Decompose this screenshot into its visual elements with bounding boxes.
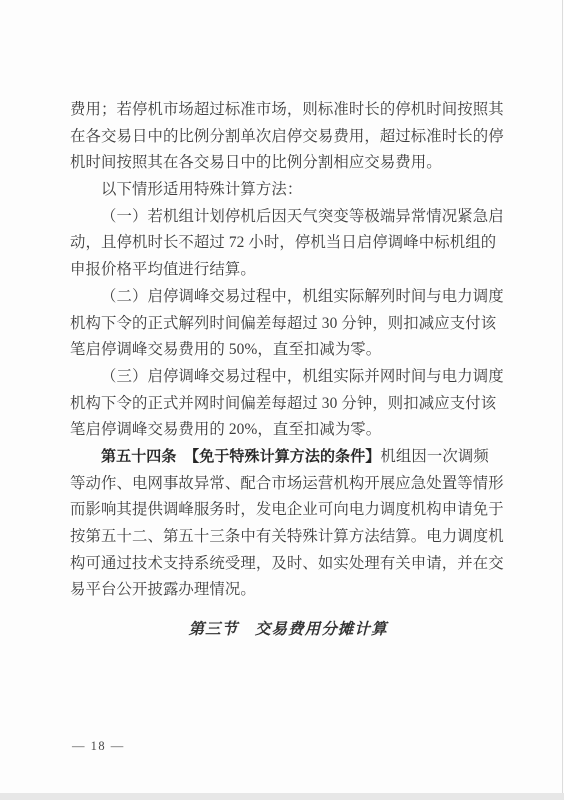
document-line: 易平台公开披露办理情况。: [70, 577, 506, 604]
document-lines: 费用；若停机市场超过标准市场，则标准时长的停机时间按照其在各交易日中的比例分割单…: [70, 97, 506, 604]
document-page: 费用；若停机市场超过标准市场，则标准时长的停机时间按照其在各交易日中的比例分割单…: [0, 0, 564, 800]
document-line: （一）若机组计划停机后因天气突变等极端异常情况紧急启: [70, 204, 506, 231]
document-line: 机时间按照其在各交易日中的比例分割相应交易费用。: [70, 150, 506, 177]
article-title-bold: 第五十四条 【免于特殊计算方法的条件】: [101, 448, 380, 465]
scan-edge-right: [562, 0, 563, 800]
document-line: （三）启停调峰交易过程中，机组实际并网时间与电力调度: [70, 364, 506, 391]
page-number-label: — 18 —: [72, 739, 125, 753]
scan-edge-bottom: [0, 793, 564, 800]
document-line: 动，且停机时长不超过 72 小时，停机当日启停调峰中标机组的: [70, 230, 506, 257]
document-line: 等动作、电网事故异常、配合市场运营机构开展应急处置等情形: [70, 471, 506, 498]
document-line: 构可通过技术支持系统受理，及时、如实处理有关申请，并在交: [70, 551, 506, 578]
document-text: 费用；若停机市场超过标准市场，则标准时长的停机时间按照其在各交易日中的比例分割单…: [70, 97, 506, 644]
document-line: 申报价格平均值进行结算。: [70, 257, 506, 284]
document-line: （二）启停调峰交易过程中，机组实际解列时间与电力调度: [70, 284, 506, 311]
document-line: 而影响其提供调峰服务时，发电企业可向电力调度机构申请免于: [70, 497, 506, 524]
document-line: 费用；若停机市场超过标准市场，则标准时长的停机时间按照其: [70, 97, 506, 124]
document-line: 机构下令的正式并网时间偏差每超过 30 分钟，则扣减应支付该: [70, 391, 506, 418]
section-heading: 第三节 交易费用分摊计算: [70, 617, 506, 644]
document-line: 笔启停调峰交易费用的 50%，直至扣减为零。: [70, 337, 506, 364]
document-line: 按第五十二、第五十三条中有关特殊计算方法结算。电力调度机: [70, 524, 506, 551]
document-line: 在各交易日中的比例分割单次启停交易费用，超过标准时长的停: [70, 124, 506, 151]
document-line: 以下情形适用特殊计算方法：: [70, 177, 506, 204]
document-line: 笔启停调峰交易费用的 20%，直至扣减为零。: [70, 417, 506, 444]
document-line: 机构下令的正式解列时间偏差每超过 30 分钟，则扣减应支付该: [70, 311, 506, 338]
document-line: 第五十四条 【免于特殊计算方法的条件】机组因一次调频: [70, 444, 506, 471]
